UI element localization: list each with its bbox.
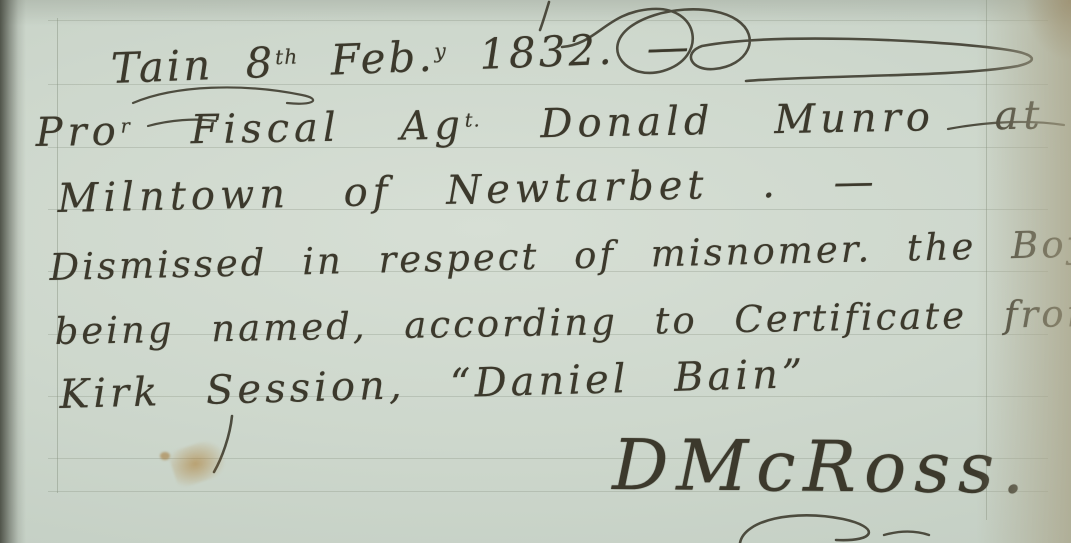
verdict-line-1: Dismissed in respect of misnomer. the Bo… <box>49 222 1071 289</box>
top-shading <box>0 0 1071 26</box>
verdict-line-2: being named, according to Certificate fr… <box>54 292 1071 353</box>
prosecutor-abbrev: Pro <box>35 109 121 156</box>
defendant-name: Donald Munro at <box>480 92 1045 148</box>
verdict-line-3: Kirk Session, “Daniel Bain” <box>59 351 807 418</box>
date-year: 1832. — <box>446 22 693 80</box>
date-superscript: th <box>275 44 299 69</box>
defendant-address-line: Milntown of Newtarbet . — <box>57 159 879 222</box>
gutter-shadow <box>0 0 26 543</box>
ink-stain-dot <box>160 452 170 460</box>
case-versus: Fiscal Ag <box>130 103 465 155</box>
signature-flourish <box>740 515 869 543</box>
date-line: Tain 8th Feb.y 1832. — <box>110 22 693 93</box>
date-month: Feb. <box>297 32 435 86</box>
date-text: Tain 8 <box>110 38 276 93</box>
against-superscript: t. <box>465 108 481 131</box>
register-page: Tain 8th Feb.y 1832. — Pror Fiscal Agt. … <box>0 0 1071 543</box>
page-corner-shading <box>1001 0 1071 90</box>
clerk-signature: DMcRoss. <box>612 424 1033 510</box>
signature-flourish-dash <box>884 532 929 535</box>
month-superscript: y <box>434 39 447 63</box>
ink-stain <box>167 437 228 489</box>
ruled-line <box>48 20 1048 21</box>
